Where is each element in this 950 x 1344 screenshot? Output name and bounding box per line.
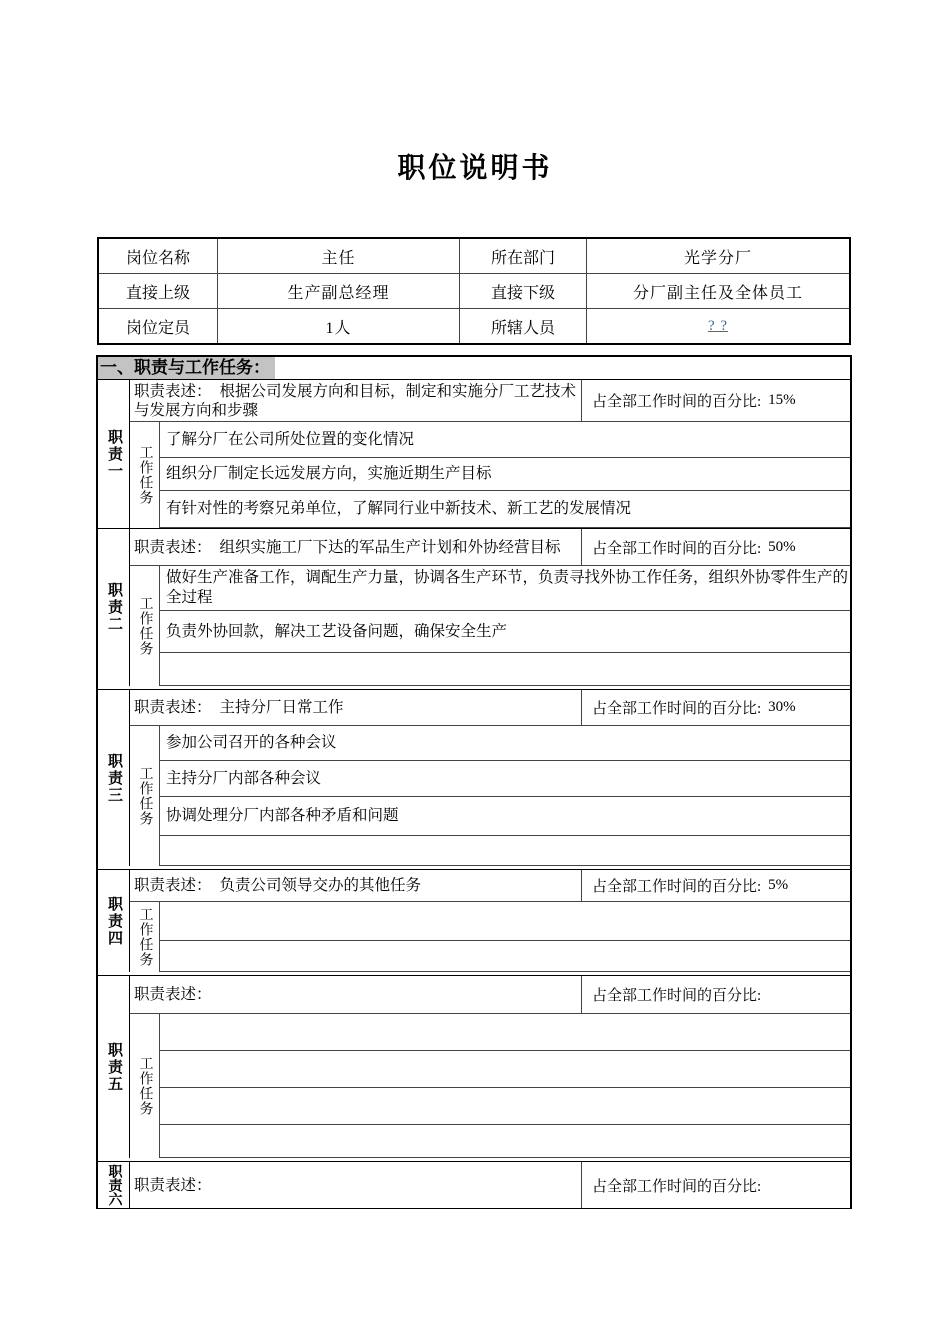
task-label-cell: 工作任务 <box>130 1014 160 1158</box>
task-row <box>160 1014 850 1051</box>
task-text: 做好生产准备工作，调配生产力量，协调各生产环节，负责寻找外协工作任务，组织外协零… <box>166 568 848 608</box>
task-row: 组织分厂制定长远发展方向，实施近期生产目标 <box>160 458 850 491</box>
task-row <box>160 1125 850 1158</box>
duty-pct-value: 15% <box>768 392 796 409</box>
duty-desc-cell: 职责表述：根据公司发展方向和目标，制定和实施分厂工艺技术与发展方向和步骤 <box>130 380 582 421</box>
duty-desc-label: 职责表述： <box>134 1177 212 1194</box>
duty-name-label: 职责一 <box>106 429 121 480</box>
duty-block-5: 职责五 职责表述： 占全部工作时间的百分比: 工作任务 <box>98 975 850 1158</box>
duty-name-cell: 职责三 <box>98 690 130 866</box>
info-row: 岗位定员 1人 所辖人员 ? ? <box>99 309 849 343</box>
info-value-direct-subordinate: 分厂副主任及全体员工 <box>587 274 849 308</box>
duty-name-cell: 职责六 <box>98 1162 130 1208</box>
duty-block-4: 职责四 职责表述：负责公司领导交办的其他任务 占全部工作时间的百分比:5% 工作… <box>98 869 850 972</box>
duty-pct-cell: 占全部工作时间的百分比: <box>582 1162 850 1208</box>
task-label-cell: 工作任务 <box>130 422 160 528</box>
task-text: 组织分厂制定长远发展方向，实施近期生产目标 <box>166 464 492 484</box>
duty-desc-cell: 职责表述：负责公司领导交办的其他任务 <box>130 870 582 901</box>
task-label-cell: 工作任务 <box>130 726 160 866</box>
duty-desc-label: 职责表述： <box>134 699 212 716</box>
duty-block-6: 职责六 职责表述： 占全部工作时间的百分比: <box>98 1161 850 1208</box>
duty-pct-label: 占全部工作时间的百分比: <box>592 1175 761 1196</box>
task-row: 参加公司召开的各种会议 <box>160 726 850 761</box>
duty-pct-cell: 占全部工作时间的百分比:30% <box>582 690 850 725</box>
duty-name-cell: 职责一 <box>98 380 130 528</box>
info-label-department: 所在部门 <box>460 239 587 273</box>
duty-pct-value: 50% <box>768 539 796 556</box>
task-text: 协调处理分厂内部各种矛盾和问题 <box>166 806 399 826</box>
info-cell-managed-staff: ? ? <box>587 309 849 343</box>
duty-name-label: 职责五 <box>106 1042 121 1093</box>
page-title: 职位说明书 <box>0 146 950 186</box>
task-label-text: 工作任务 <box>138 1056 152 1116</box>
duty-name-label: 职责三 <box>106 753 121 804</box>
duty-desc-text: 主持分厂日常工作 <box>220 699 344 716</box>
task-row: 主持分厂内部各种会议 <box>160 761 850 797</box>
duty-pct-cell: 占全部工作时间的百分比: <box>582 976 850 1013</box>
task-text: 负责外协回款，解决工艺设备问题，确保安全生产 <box>166 622 507 642</box>
duty-desc-cell: 职责表述：组织实施工厂下达的军品生产计划和外协经营目标 <box>130 529 582 565</box>
duty-pct-label: 占全部工作时间的百分比: <box>592 537 761 558</box>
section-header-text: 一、职责与工作任务： <box>98 357 275 379</box>
duty-desc-label: 职责表述： <box>134 877 212 894</box>
duty-pct-cell: 占全部工作时间的百分比:50% <box>582 529 850 565</box>
duty-name-cell: 职责五 <box>98 976 130 1158</box>
task-row: 协调处理分厂内部各种矛盾和问题 <box>160 797 850 836</box>
task-label-text: 工作任务 <box>138 907 152 967</box>
info-label-headcount: 岗位定员 <box>99 309 218 343</box>
info-row: 岗位名称 主任 所在部门 光学分厂 <box>99 239 849 274</box>
info-label-direct-subordinate: 直接下级 <box>460 274 587 308</box>
task-row <box>160 1088 850 1125</box>
info-label-direct-superior: 直接上级 <box>99 274 218 308</box>
task-label-text: 工作任务 <box>138 445 152 505</box>
task-row: 做好生产准备工作，调配生产力量，协调各生产环节，负责寻找外协工作任务，组织外协零… <box>160 566 850 611</box>
task-row: 了解分厂在公司所处位置的变化情况 <box>160 422 850 458</box>
duty-name-cell: 职责二 <box>98 529 130 686</box>
task-row <box>160 836 850 866</box>
duty-pct-cell: 占全部工作时间的百分比:5% <box>582 870 850 901</box>
duty-desc-label: 职责表述： <box>134 986 212 1003</box>
info-value-position-name: 主任 <box>218 239 460 273</box>
section-header-row: 一、职责与工作任务： <box>98 357 850 380</box>
duty-pct-label: 占全部工作时间的百分比: <box>592 697 761 718</box>
task-row <box>160 653 850 686</box>
duty-block-1: 职责一 职责表述：根据公司发展方向和目标，制定和实施分厂工艺技术与发展方向和步骤… <box>98 380 850 528</box>
duty-desc-cell: 职责表述： <box>130 1162 582 1208</box>
task-text: 主持分厂内部各种会议 <box>166 769 321 789</box>
task-text: 有针对性的考察兄弟单位，了解同行业中新技术、新工艺的发展情况 <box>166 499 631 519</box>
task-row: 负责外协回款，解决工艺设备问题，确保安全生产 <box>160 611 850 653</box>
duty-desc-label: 职责表述： <box>134 383 212 400</box>
info-label-position-name: 岗位名称 <box>99 239 218 273</box>
task-label-cell: 工作任务 <box>130 566 160 686</box>
page: { "page": { "title": "职位说明书" }, "info_ta… <box>0 0 950 1344</box>
task-row <box>160 1051 850 1088</box>
duty-name-label: 职责二 <box>106 582 121 633</box>
info-value-department: 光学分厂 <box>587 239 849 273</box>
duty-desc-text: 组织实施工厂下达的军品生产计划和外协经营目标 <box>220 539 561 556</box>
duty-pct-value: 5% <box>768 877 788 894</box>
duty-desc-text: 负责公司领导交办的其他任务 <box>220 877 422 894</box>
duty-pct-cell: 占全部工作时间的百分比:15% <box>582 380 850 421</box>
duties-table: 一、职责与工作任务： 职责一 职责表述：根据公司发展方向和目标，制定和实施分厂工… <box>96 355 852 1209</box>
task-text: 了解分厂在公司所处位置的变化情况 <box>166 430 414 450</box>
duty-name-label: 职责六 <box>107 1164 121 1206</box>
duty-name-label: 职责四 <box>106 896 121 947</box>
managed-staff-link[interactable]: ? ? <box>708 318 728 335</box>
task-text: 参加公司召开的各种会议 <box>166 733 337 753</box>
duty-block-2: 职责二 职责表述：组织实施工厂下达的军品生产计划和外协经营目标 占全部工作时间的… <box>98 528 850 686</box>
task-label-text: 工作任务 <box>138 596 152 656</box>
duty-desc-label: 职责表述： <box>134 539 212 556</box>
task-label-cell: 工作任务 <box>130 902 160 972</box>
task-label-text: 工作任务 <box>138 766 152 826</box>
duty-name-cell: 职责四 <box>98 870 130 972</box>
info-value-headcount: 1人 <box>218 309 460 343</box>
duty-pct-label: 占全部工作时间的百分比: <box>592 984 761 1005</box>
duty-pct-value: 30% <box>768 699 796 716</box>
duty-desc-cell: 职责表述：主持分厂日常工作 <box>130 690 582 725</box>
info-label-managed-staff: 所辖人员 <box>460 309 587 343</box>
info-row: 直接上级 生产副总经理 直接下级 分厂副主任及全体员工 <box>99 274 849 309</box>
duty-desc-cell: 职责表述： <box>130 976 582 1013</box>
duty-block-3: 职责三 职责表述：主持分厂日常工作 占全部工作时间的百分比:30% 工作任务 参… <box>98 689 850 866</box>
task-row <box>160 941 850 972</box>
info-table: 岗位名称 主任 所在部门 光学分厂 直接上级 生产副总经理 直接下级 分厂副主任… <box>97 237 851 345</box>
duty-pct-label: 占全部工作时间的百分比: <box>592 875 761 896</box>
task-row: 有针对性的考察兄弟单位，了解同行业中新技术、新工艺的发展情况 <box>160 491 850 528</box>
duty-pct-label: 占全部工作时间的百分比: <box>592 390 761 411</box>
info-value-direct-superior: 生产副总经理 <box>218 274 460 308</box>
task-row <box>160 902 850 941</box>
